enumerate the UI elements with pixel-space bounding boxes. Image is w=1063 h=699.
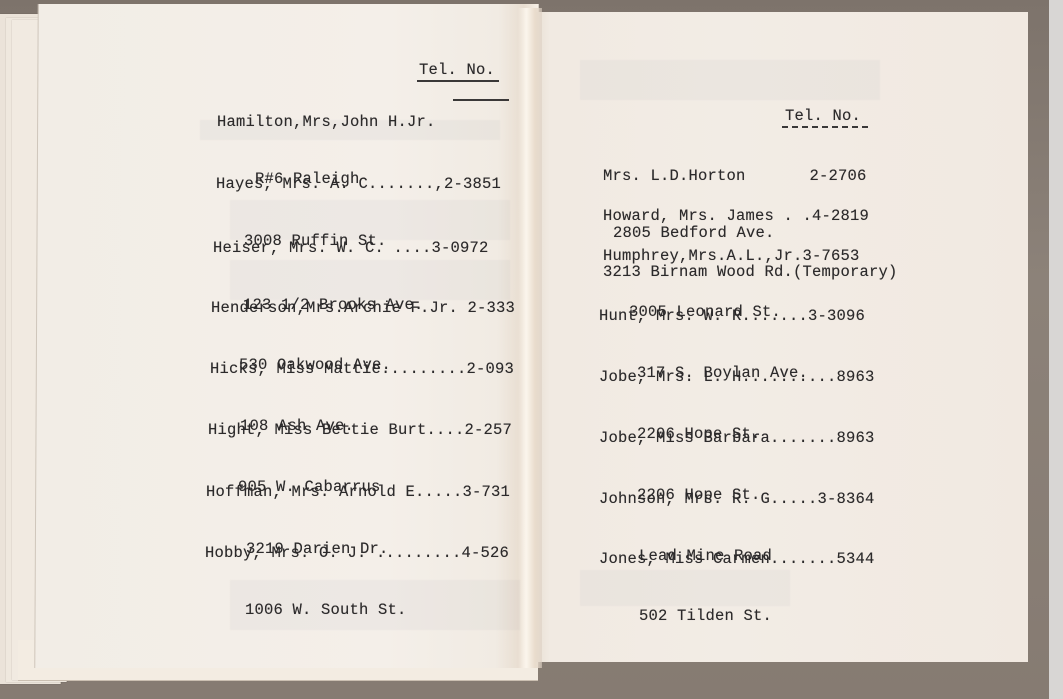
entry-name: Hoffman, Mrs. Arnold E..... [206,483,463,501]
entry-name: Hobby, Mrs. O. J. ......... [205,544,462,562]
entry-phone: 5344 [837,550,875,568]
entry-name: Hicks, Miss Mattie......... [210,360,467,378]
entry-phone: 8963 [837,368,875,386]
entry-phone: 3-731 [463,483,511,501]
directory-entry: Hobby, Mrs. O. J. .........4-526 1006 W.… [205,507,509,657]
entry-name: Hunt, Mrs. W. R....... [599,307,808,325]
directory-entry: Jones, Miss Carmen.......5344 502 Tilden… [599,513,875,645]
entry-name: Heiser, Mrs. W. C. .... [213,239,432,257]
entry-phone: 3-7653 [803,247,860,265]
entry-phone: 3-8364 [818,490,875,508]
entry-name: Jobe, Mrs. L. H.......... [599,368,837,386]
entry-name: Jones, Miss Carmen....... [599,550,837,568]
entry-name: Hight, Miss Bettie Burt.... [208,421,465,439]
entry-name: Johnson, Mrs. R. G..... [599,490,818,508]
entry-phone: 2-3851 [444,175,501,193]
entry-phone: 3-0972 [432,239,489,257]
entry-phone: 4-526 [462,544,510,562]
entry-address: 502 Tilden St. [639,607,772,625]
entry-phone: 3-3096 [808,307,865,325]
left-page-text-area: Hamilton,Mrs,John H.Jr. R#6 Raleigh Haye… [180,0,528,699]
right-tel-header: Tel. No. [785,109,861,125]
blank-phone-line [453,99,509,101]
entry-phone: 2-257 [465,421,513,439]
entry-phone: 2-333 [468,299,516,317]
tel-header-underline [782,126,868,128]
entry-name: Humphrey,Mrs.A.L.,Jr. [603,247,803,265]
entry-name: Henderson,Mrs.Archie F.Jr. [211,299,468,317]
entry-phone: 2-093 [467,360,515,378]
bleed-through-text [580,60,880,100]
entry-phone: 8963 [837,429,875,447]
entry-address: 1006 W. South St. [245,601,407,619]
entry-name: Hamilton,Mrs,John H.Jr. [217,113,436,131]
entry-name: Jobe, Miss Barbara....... [599,429,837,447]
entry-name: Hayes, Mrs. A. C......., [216,175,444,193]
scan-edge [1049,0,1063,699]
